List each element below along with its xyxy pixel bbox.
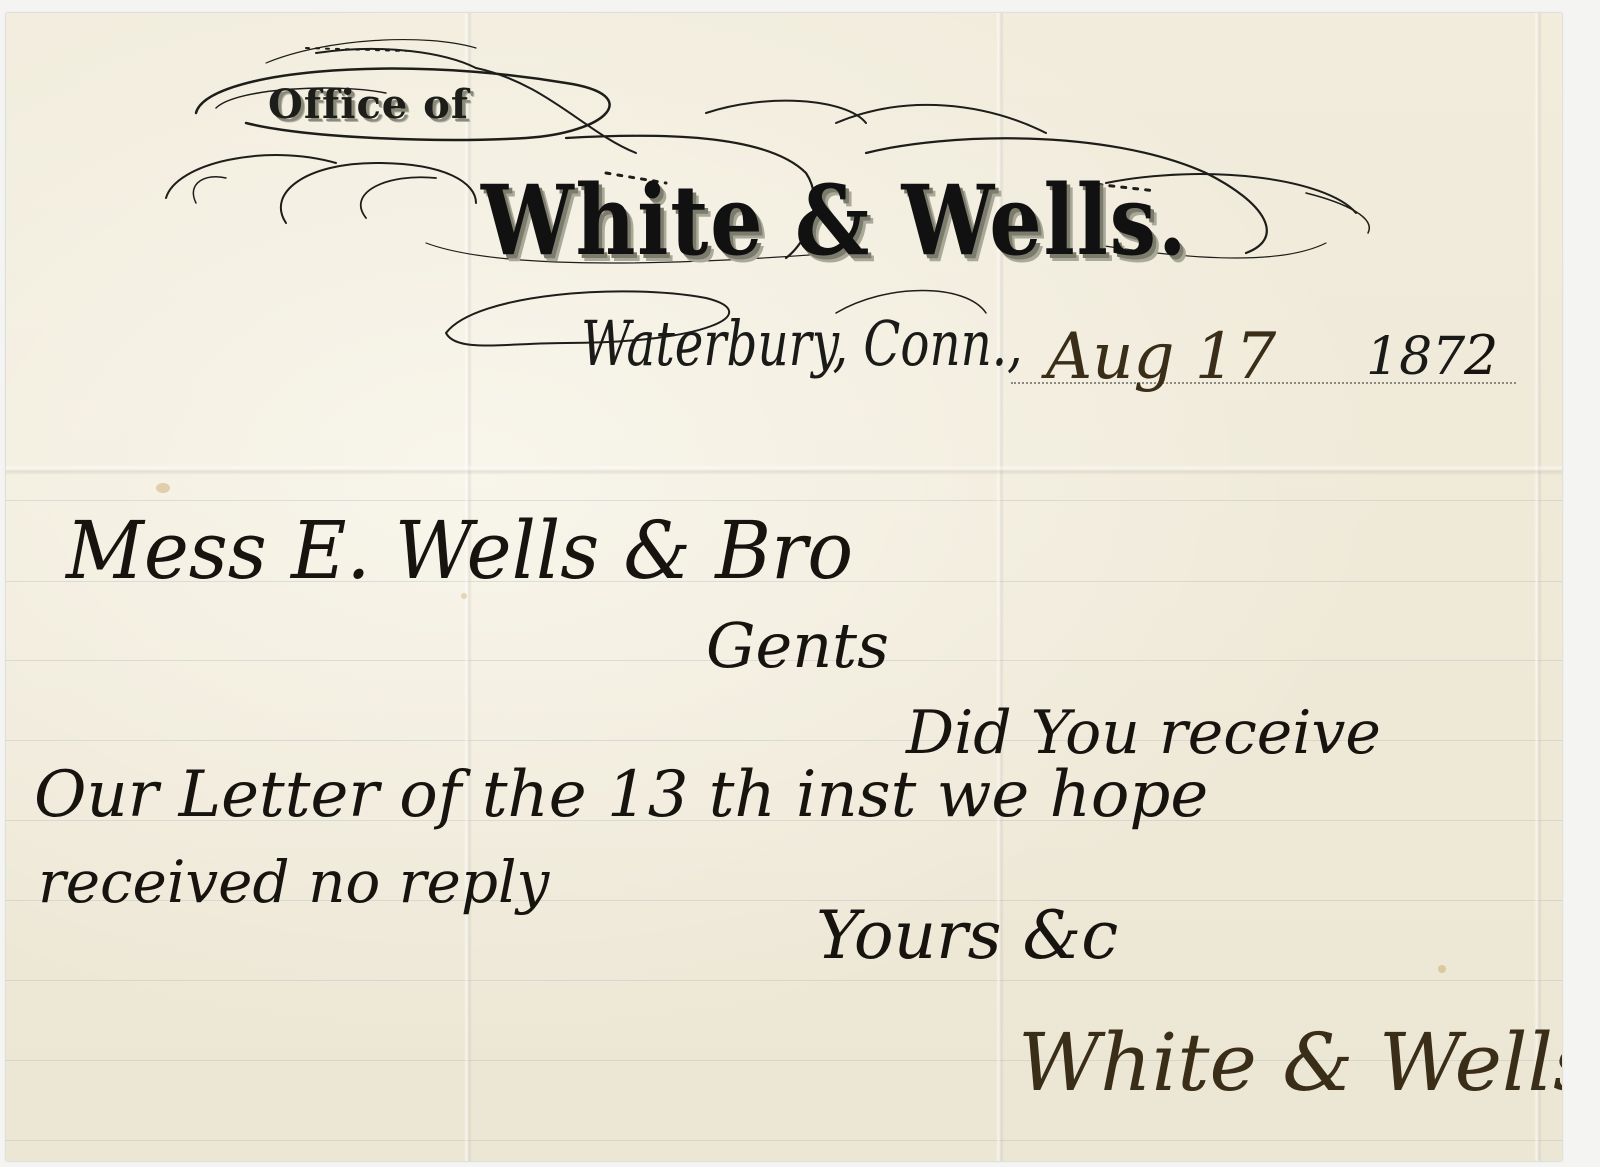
closing: Yours &c: [816, 903, 1118, 969]
handwritten-year-suffix: 2: [1464, 329, 1498, 383]
paper-fold: [6, 465, 1562, 475]
body-line: Our Letter of the 13 th inst we hope: [34, 763, 1208, 827]
letter-sheet: Office of White & Wells. Waterbury, Conn…: [6, 13, 1562, 1161]
body-line: received no reply: [38, 853, 549, 911]
signature: White & Wells.: [1018, 1023, 1562, 1103]
printed-year-prefix: 187: [1366, 331, 1465, 383]
paper-stain: [156, 483, 170, 493]
paper-stain: [1438, 965, 1446, 973]
salutation: Gents: [706, 615, 889, 677]
letterhead-location: Waterbury, Conn.,: [581, 313, 1023, 375]
handwritten-date: Aug 17: [1046, 325, 1276, 389]
letterhead-firm-name: White & Wells.: [481, 173, 1188, 269]
ruled-line: [6, 500, 1562, 501]
paper-fold: [1534, 13, 1542, 1161]
addressee: Mess E. Wells & Bro: [66, 511, 853, 591]
letterhead-office-of: Office of: [268, 85, 469, 125]
ruled-line: [6, 980, 1562, 981]
ruled-line: [6, 1140, 1562, 1141]
body-line: Did You receive: [906, 703, 1381, 763]
